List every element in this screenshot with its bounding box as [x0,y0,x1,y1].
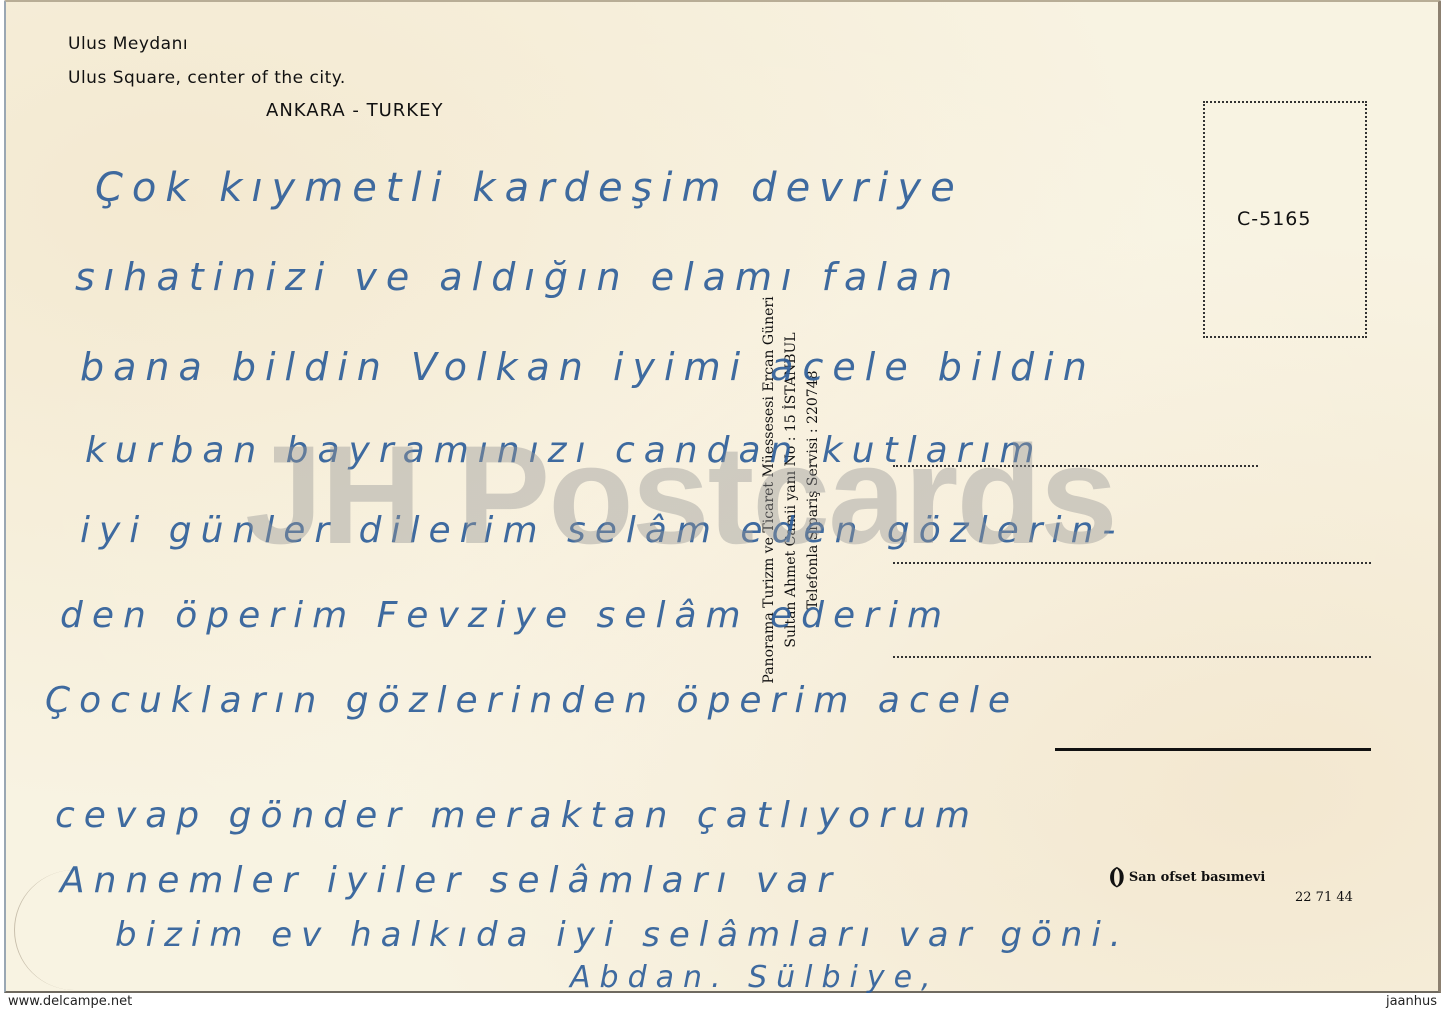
caption-location: ANKARA - TURKEY [266,100,443,121]
card-code: C-5165 [1237,208,1311,230]
caption-title-turkish: Ulus Meydanı [68,34,188,54]
printer-logo-icon: () [1108,866,1123,888]
handwritten-line: den öperim Fevziye selâm ederim [60,595,951,636]
printer-imprint: () San ofset basımevi [1108,866,1265,888]
watermark: JH Postcards [245,425,1116,565]
handwritten-line: Abdan. Sülbiye, [570,960,940,995]
handwritten-line: cevap gönder meraktan çatlıyorum [55,795,979,836]
handwritten-line: Çok kıymetli kardeşim devriye [95,165,964,211]
handwritten-line: bizim ev halkıda iyi selâmları var göni. [115,915,1130,955]
caption-title-english: Ulus Square, center of the city. [68,68,346,88]
footer-seller: jaanhus [1386,994,1437,1009]
footer-source-site: www.delcampe.net [8,994,132,1009]
address-line-3 [893,656,1371,658]
address-line-solid [1055,748,1371,751]
printer-phone: 22 71 44 [1295,890,1353,905]
handwritten-line: Çocukların gözlerinden öperim acele [45,680,1019,721]
handwritten-line: Annemler iyiler selâmları var [60,860,841,901]
handwritten-line: bana bildin Volkan iyimi acele bildin [80,345,1096,389]
handwritten-line: sıhatinizi ve aldığın elamı falan [75,255,961,299]
printer-name: San ofset basımevi [1129,870,1265,885]
